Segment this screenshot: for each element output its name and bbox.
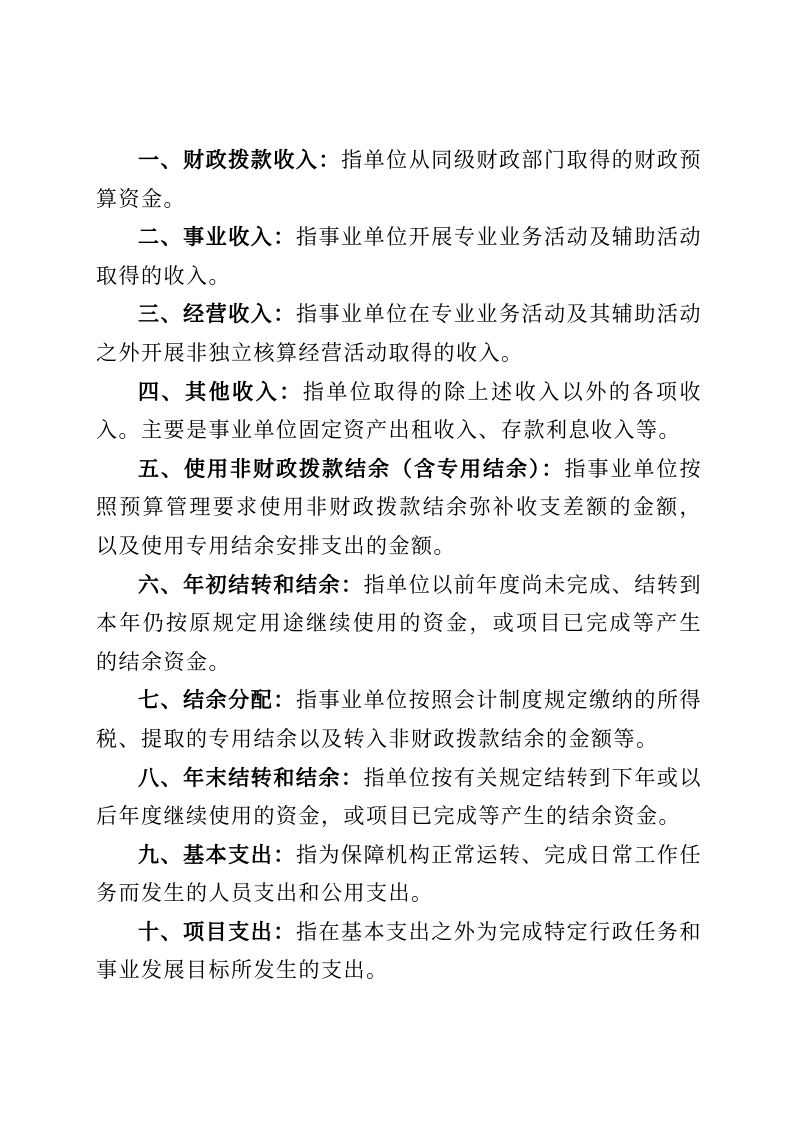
definition-paragraph-2: 二、事业收入：指事业单位开展专业业务活动及辅助活动取得的收入。: [96, 218, 702, 295]
document-text-block: 一、财政拨款收入：指单位从同级财政部门取得的财政预算资金。 二、事业收入：指事业…: [96, 141, 702, 990]
definition-paragraph-7: 七、结余分配：指事业单位按照会计制度规定缴纳的所得税、提取的专用结余以及转入非财…: [96, 681, 702, 758]
document-page: 一、财政拨款收入：指单位从同级财政部门取得的财政预算资金。 二、事业收入：指事业…: [0, 0, 793, 1122]
term-label: 三、经营收入：: [138, 302, 296, 326]
term-label: 六、年初结转和结余：: [138, 573, 364, 597]
term-label: 九、基本支出：: [138, 843, 296, 867]
definition-paragraph-9: 九、基本支出：指为保障机构正常运转、完成日常工作任务而发生的人员支出和公用支出。: [96, 836, 702, 913]
term-label: 八、年末结转和结余：: [138, 766, 364, 790]
definition-paragraph-5: 五、使用非财政拨款结余（含专用结余）：指事业单位按照预算管理要求使用非财政拨款结…: [96, 450, 702, 566]
term-label: 七、结余分配：: [138, 688, 296, 712]
term-label: 一、财政拨款收入：: [138, 148, 341, 172]
definition-paragraph-4: 四、其他收入：指单位取得的除上述收入以外的各项收入。主要是事业单位固定资产出租收…: [96, 373, 702, 450]
term-label: 四、其他收入：: [138, 380, 303, 404]
definition-paragraph-10: 十、项目支出：指在基本支出之外为完成特定行政任务和事业发展目标所发生的支出。: [96, 913, 702, 990]
term-label: 五、使用非财政拨款结余（含专用结余）：: [138, 457, 565, 481]
definition-paragraph-1: 一、财政拨款收入：指单位从同级财政部门取得的财政预算资金。: [96, 141, 702, 218]
term-label: 二、事业收入：: [138, 225, 296, 249]
term-label: 十、项目支出：: [138, 920, 296, 944]
definition-paragraph-8: 八、年末结转和结余：指单位按有关规定结转到下年或以后年度继续使用的资金，或项目已…: [96, 759, 702, 836]
definition-paragraph-6: 六、年初结转和结余：指单位以前年度尚未完成、结转到本年仍按原规定用途继续使用的资…: [96, 566, 702, 682]
definition-paragraph-3: 三、经营收入：指事业单位在专业业务活动及其辅助活动之外开展非独立核算经营活动取得…: [96, 295, 702, 372]
